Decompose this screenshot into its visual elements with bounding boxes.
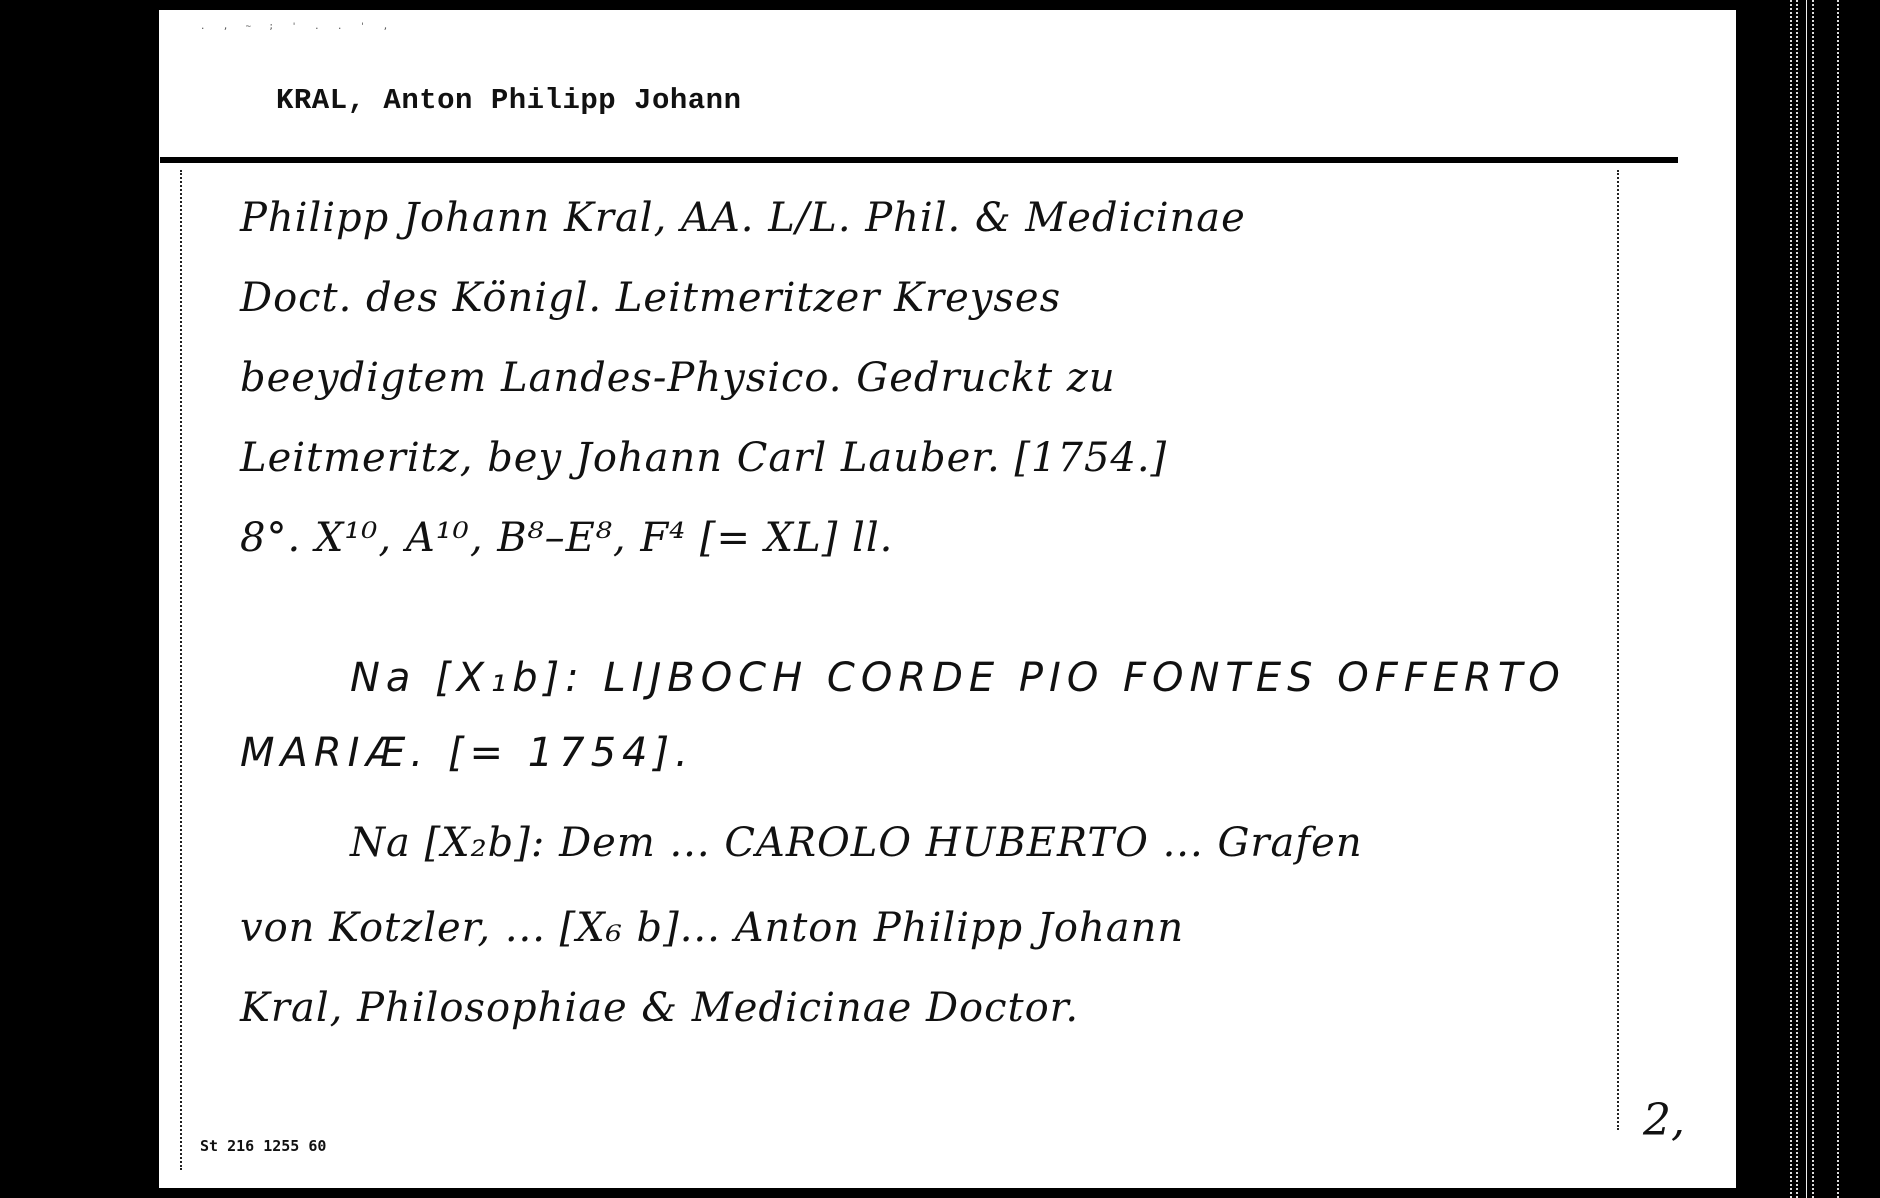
page-number: 2, <box>1643 1095 1685 1146</box>
handwritten-line-2: Doct. des Königl. Leitmeritzer Kreyses <box>240 275 1061 321</box>
handwritten-line-9: von Kotzler, ... [X₆ b]... Anton Philipp… <box>240 905 1184 951</box>
handwritten-line-3: beeydigtem Landes-Physico. Gedruckt zu <box>240 355 1116 401</box>
handwritten-line-8: Na [X₂b]: Dem ... CAROLO HUBERTO ... Gra… <box>350 820 1363 866</box>
handwritten-line-7: MARIÆ. [= 1754]. <box>240 730 694 776</box>
scan-edge-stripe <box>1812 0 1814 1198</box>
card-catalog-code: St 216 1255 60 <box>200 1137 326 1155</box>
scan-edge-stripe <box>1837 0 1839 1198</box>
left-margin-line <box>180 170 182 1170</box>
scan-edge-stripe <box>1796 0 1798 1198</box>
handwritten-line-4: Leitmeritz, bey Johann Carl Lauber. [175… <box>240 435 1167 481</box>
handwritten-line-5: 8°. X¹⁰, A¹⁰, B⁸–E⁸, F⁴ [= XL] ll. <box>240 515 893 561</box>
handwritten-line-1: Philipp Johann Kral, AA. L/L. Phil. & Me… <box>240 195 1246 241</box>
right-margin-line <box>1617 170 1619 1130</box>
handwritten-line-10: Kral, Philosophiae & Medicinae Doctor. <box>240 985 1079 1031</box>
scan-edge-stripe <box>1790 0 1792 1198</box>
handwritten-line-6: Na [X₁b]: LIJBOCH CORDE PIO FONTES OFFER… <box>350 655 1566 701</box>
scan-noise-marks: . , ~ ; ' . . ' , <box>200 22 394 32</box>
scan-edge-stripe <box>1806 0 1807 1198</box>
header-rule <box>160 157 1678 163</box>
card-heading: KRAL, Anton Philipp Johann <box>276 84 741 117</box>
